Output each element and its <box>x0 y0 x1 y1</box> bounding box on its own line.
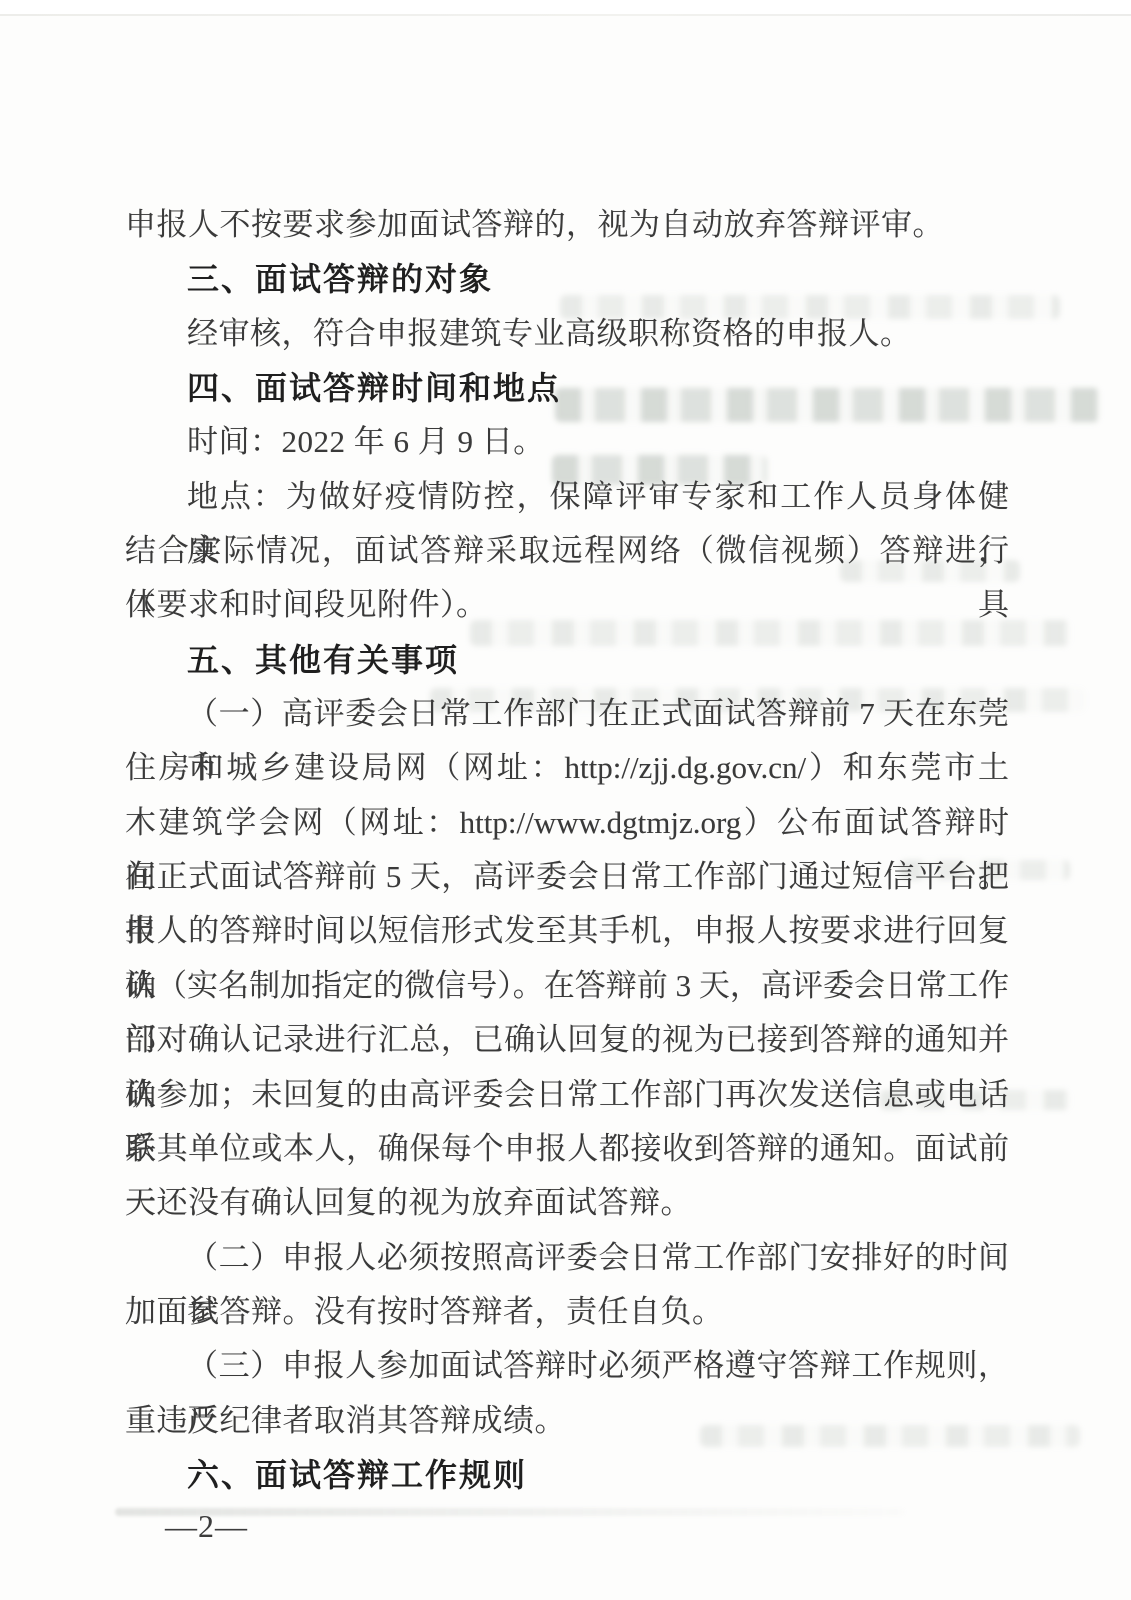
text-line: 地点：为做好疫情防控，保障评审专家和工作人员身体健康， <box>125 470 1009 524</box>
page-number: —2— <box>165 1508 248 1545</box>
scanner-edge-line <box>0 14 1131 16</box>
scanned-document-page: 申报人不按要求参加面试答辩的，视为自动放弃答辩评审。三、面试答辩的对象经审核，符… <box>0 0 1131 1600</box>
text-line: 天还没有确认回复的视为放弃面试答辩。 <box>125 1176 1009 1230</box>
text-line: （三）申报人参加面试答辩时必须严格遵守答辩工作规则，严 <box>125 1339 1009 1393</box>
text-line: （二）申报人必须按照高评委会日常工作部门安排好的时间参 <box>125 1231 1009 1285</box>
text-line: 认（实名制加指定的微信号）。在答辩前 3 天，高评委会日常工作部 <box>125 959 1009 1013</box>
section-heading: 五、其他有关事项 <box>125 633 1009 687</box>
section-heading: 四、面试答辩时间和地点 <box>125 361 1009 415</box>
text-line: 经审核，符合申报建筑专业高级职称资格的申报人。 <box>125 307 1009 361</box>
text-line: 重违反纪律者取消其答辩成绩。 <box>125 1394 1009 1448</box>
text-line: 申报人不按要求参加面试答辩的，视为自动放弃答辩评审。 <box>125 198 1009 252</box>
text-line: 报人的答辩时间以短信形式发至其手机，申报人按要求进行回复确 <box>125 904 1009 958</box>
scanner-edge-strip <box>0 0 1131 14</box>
text-line: 在正式面试答辩前 5 天，高评委会日常工作部门通过短信平台把申 <box>125 850 1009 904</box>
text-line: 住房和城乡建设局网（网址：http://zjj.dg.gov.cn/）和东莞市土 <box>125 741 1009 795</box>
text-line: 认参加；未回复的由高评委会日常工作部门再次发送信息或电话联 <box>125 1068 1009 1122</box>
text-line: 门对确认记录进行汇总，已确认回复的视为已接到答辩的通知并确 <box>125 1013 1009 1067</box>
text-line: （一）高评委会日常工作部门在正式面试答辩前 7 天在东莞市 <box>125 687 1009 741</box>
text-line: 系其单位或本人，确保每个申报人都接收到答辩的通知。面试前一 <box>125 1122 1009 1176</box>
text-line: 木建筑学会网（网址：http://www.dgtmjz.org）公布面试答辩时间… <box>125 796 1009 850</box>
text-line: 时间：2022 年 6 月 9 日。 <box>125 415 1009 469</box>
section-heading: 六、面试答辩工作规则 <box>125 1448 1009 1502</box>
section-heading: 三、面试答辩的对象 <box>125 252 1009 306</box>
text-line: 加面试答辩。没有按时答辩者，责任自负。 <box>125 1285 1009 1339</box>
document-lines: 申报人不按要求参加面试答辩的，视为自动放弃答辩评审。三、面试答辩的对象经审核，符… <box>125 198 1009 1502</box>
text-line: 结合实际情况，面试答辩采取远程网络（微信视频）答辩进行（具 <box>125 524 1009 578</box>
